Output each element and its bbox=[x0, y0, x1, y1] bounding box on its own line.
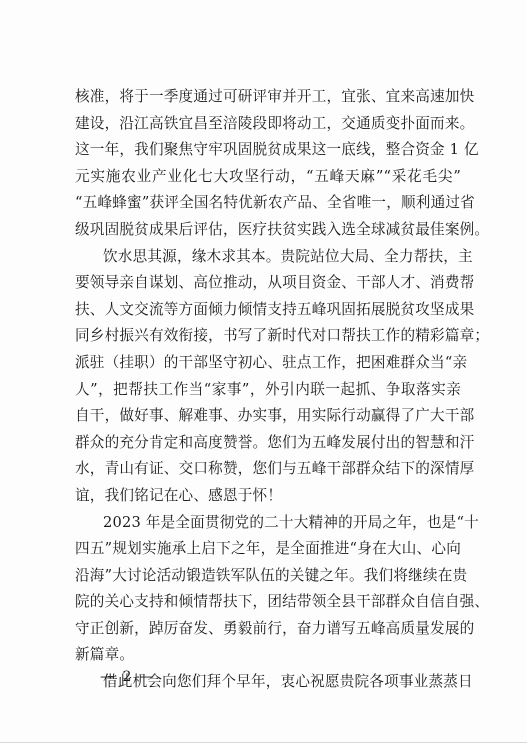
text-line: 自干，做好事、解难事、办实事，用实际行动赢得了广大干部 bbox=[75, 403, 461, 430]
text-line: 核准，将于一季度通过可研评审并开工，宜张、宜来高速加快 bbox=[75, 84, 461, 111]
text-line: 派驻（挂职）的干部坚守初心、驻点工作，把困难群众当“亲 bbox=[75, 350, 461, 377]
text-line: 级巩固脱贫成果后评估，医疗扶贫实践入选全球减贫最佳案例。 bbox=[75, 217, 461, 244]
text-line: 新篇章。 bbox=[75, 642, 461, 669]
text-line: 同乡村振兴有效衔接，书写了新时代对口帮扶工作的精彩篇章； bbox=[75, 323, 461, 350]
document-body: 核准，将于一季度通过可研评审并开工，宜张、宜来高速加快 建设，沿江高铁宜昌至涪陵… bbox=[75, 84, 461, 696]
text-line: 守正创新，踔厉奋发、勇毅前行，奋力谱写五峰高质量发展的 bbox=[75, 616, 461, 643]
text-line: 要领导亲自谋划、高位推动，从项目资金、干部人才、消费帮 bbox=[75, 270, 461, 297]
text-line: 这一年，我们聚焦守牢巩固脱贫成果这一底线，整合资金 1 亿 bbox=[75, 137, 461, 164]
text-line: 2023 年是全面贯彻党的二十大精神的开局之年，也是“十 bbox=[75, 510, 461, 537]
text-line: 人”，把帮扶工作当“家事”，外引内联一起抓、争取落实亲 bbox=[75, 377, 461, 404]
text-line: 谊，我们铭记在心、感恩于怀！ bbox=[75, 483, 461, 510]
text-line: 饮水思其源，缘木求其本。贵院站位大局、全力帮扶，主 bbox=[75, 244, 461, 271]
text-line: 元实施农业产业化七大攻坚行动，“五峰天麻”“采花毛尖” bbox=[75, 164, 461, 191]
text-line: “五峰蜂蜜”获评全国名特优新农产品、全省唯一，顺利通过省 bbox=[75, 190, 461, 217]
page-number: — 2 — bbox=[100, 668, 156, 686]
text-line: 水，青山有证、交口称赞，您们与五峰干部群众结下的深情厚 bbox=[75, 456, 461, 483]
text-line: 沿海”大讨论活动锻造铁军队伍的关键之年。我们将继续在贵 bbox=[75, 563, 461, 590]
text-line: 四五”规划实施承上启下之年，是全面推进“身在大山、心向 bbox=[75, 536, 461, 563]
text-line: 群众的充分肯定和高度赞誉。您们为五峰发展付出的智慧和汗 bbox=[75, 430, 461, 457]
document-page: 核准，将于一季度通过可研评审并开工，宜张、宜来高速加快 建设，沿江高铁宜昌至涪陵… bbox=[0, 0, 527, 743]
text-line: 扶、人文交流等方面倾力倾情支持五峰巩固拓展脱贫攻坚成果 bbox=[75, 297, 461, 324]
text-line: 院的关心支持和倾情帮扶下，团结带领全县干部群众自信自强、 bbox=[75, 589, 461, 616]
text-line: 建设，沿江高铁宜昌至涪陵段即将动工，交通质变扑面而来。 bbox=[75, 111, 461, 138]
